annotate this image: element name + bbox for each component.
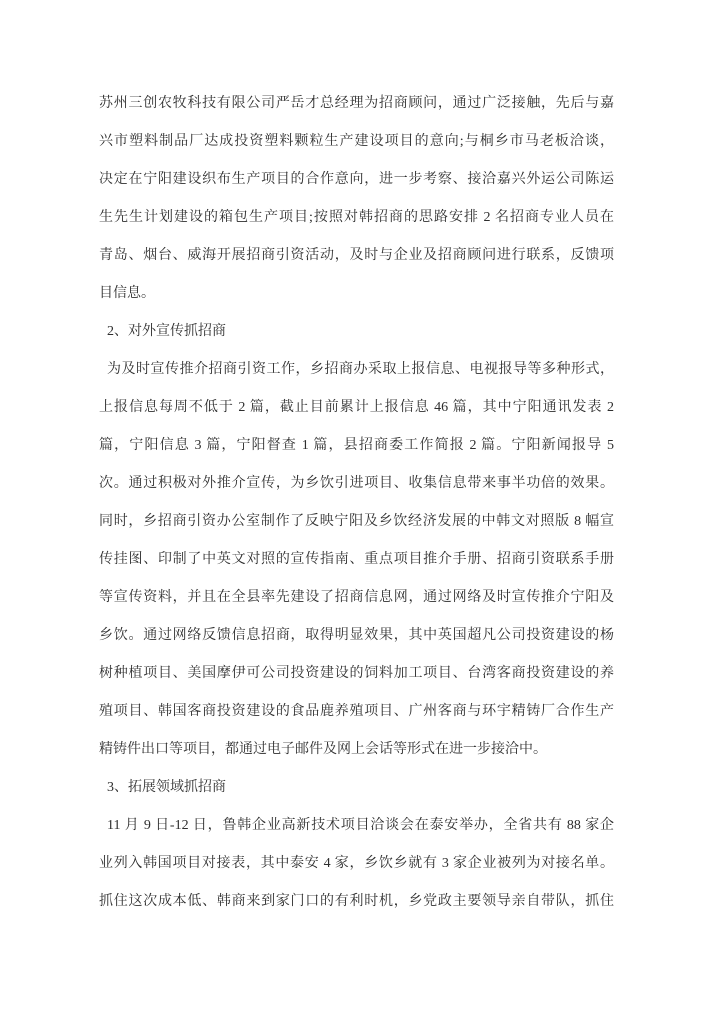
text-line: 11 月 9 日-12 日，鲁韩企业高新技术项目洽谈会在泰安举办，全省共有 88… <box>107 807 614 845</box>
text-line: 殖项目、韩国客商投资建设的食品鹿养殖项目、广州客商与环宇精铸厂合作生产 <box>99 693 614 731</box>
text-line: 苏州三创农牧科技有限公司严岳才总经理为招商顾问，通过广泛接触，先后与嘉 <box>99 85 614 123</box>
text-line: 等宣传资料，并且在全县率先建设了招商信息网，通过网络及时宣传推介宁阳及 <box>99 579 614 617</box>
text-line: 同时，乡招商引资办公室制作了反映宁阳及乡饮经济发展的中韩文对照版 8 幅宣 <box>99 503 614 541</box>
text-line: 目信息。 <box>99 275 614 313</box>
text-line: 精铸件出口等项目，都通过电子邮件及网上会话等形式在进一步接洽中。 <box>99 731 614 769</box>
text-line: 业列入韩国项目对接表，其中泰安 4 家，乡饮乡就有 3 家企业被列为对接名单。 <box>99 845 614 883</box>
text-line: 生先生计划建设的箱包生产项目;按照对韩招商的思路安排 2 名招商专业人员在 <box>99 199 614 237</box>
text-line: 3、拓展领域抓招商 <box>107 769 614 807</box>
text-line: 树种植项目、美国摩伊可公司投资建设的饲料加工项目、台湾客商投资建设的养 <box>99 655 614 693</box>
text-line: 传挂图、印制了中英文对照的宣传指南、重点项目推介手册、招商引资联系手册 <box>99 541 614 579</box>
document-page: 苏州三创农牧科技有限公司严岳才总经理为招商顾问，通过广泛接触，先后与嘉兴市塑料制… <box>0 0 721 1020</box>
text-line: 为及时宣传推介招商引资工作，乡招商办采取上报信息、电视报导等多种形式， <box>107 351 614 389</box>
text-line: 乡饮。通过网络反馈信息招商，取得明显效果，其中英国超凡公司投资建设的杨 <box>99 617 614 655</box>
text-line: 上报信息每周不低于 2 篇，截止目前累计上报信息 46 篇，其中宁阳通讯发表 2 <box>99 389 614 427</box>
text-line: 兴市塑料制品厂达成投资塑料颗粒生产建设项目的意向;与桐乡市马老板洽谈， <box>99 123 614 161</box>
text-line: 篇，宁阳信息 3 篇，宁阳督查 1 篇，县招商委工作简报 2 篇。宁阳新闻报导 … <box>99 427 614 465</box>
text-line: 2、对外宣传抓招商 <box>107 313 614 351</box>
text-line: 决定在宁阳建设织布生产项目的合作意向，进一步考察、接洽嘉兴外运公司陈运 <box>99 161 614 199</box>
text-line: 次。通过积极对外推介宣传，为乡饮引进项目、收集信息带来事半功倍的效果。 <box>99 465 614 503</box>
text-line: 青岛、烟台、威海开展招商引资活动，及时与企业及招商顾问进行联系，反馈项 <box>99 237 614 275</box>
text-line: 抓住这次成本低、韩商来到家门口的有利时机，乡党政主要领导亲自带队，抓住 <box>99 883 614 921</box>
